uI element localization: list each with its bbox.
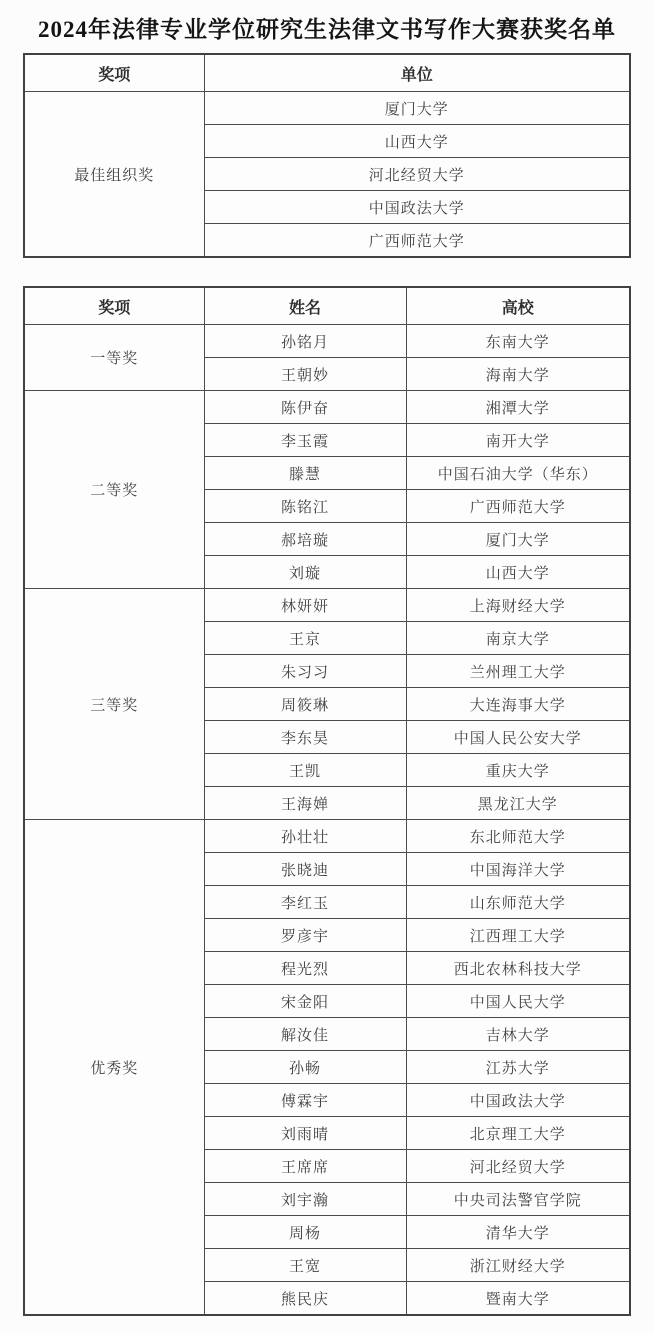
school-cell: 暨南大学 — [406, 1282, 630, 1316]
unit-cell: 河北经贸大学 — [204, 158, 630, 191]
school-cell: 海南大学 — [406, 358, 630, 391]
unit-cell: 中国政法大学 — [204, 191, 630, 224]
school-cell: 中国人民公安大学 — [406, 721, 630, 754]
name-cell: 朱习习 — [204, 655, 406, 688]
name-cell: 刘雨晴 — [204, 1117, 406, 1150]
document-page: 2024年法律专业学位研究生法律文书写作大赛获奖名单 奖项 单位 最佳组织奖厦门… — [0, 0, 654, 1316]
school-cell: 中国海洋大学 — [406, 853, 630, 886]
unit-cell: 厦门大学 — [204, 92, 630, 125]
winners-header-name: 姓名 — [204, 287, 406, 325]
name-cell: 王朝妙 — [204, 358, 406, 391]
school-cell: 清华大学 — [406, 1216, 630, 1249]
school-cell: 湘潭大学 — [406, 391, 630, 424]
name-cell: 孙铭月 — [204, 325, 406, 358]
unit-cell: 山西大学 — [204, 125, 630, 158]
name-cell: 张晓迪 — [204, 853, 406, 886]
winner-row: 优秀奖孙壮壮东北师范大学 — [24, 820, 630, 853]
school-cell: 厦门大学 — [406, 523, 630, 556]
winner-row: 二等奖陈伊奋湘潭大学 — [24, 391, 630, 424]
winners-table-header-row: 奖项 姓名 高校 — [24, 287, 630, 325]
name-cell: 王京 — [204, 622, 406, 655]
school-cell: 黑龙江大学 — [406, 787, 630, 820]
org-header-unit: 单位 — [204, 54, 630, 92]
award-cell: 最佳组织奖 — [24, 92, 204, 258]
school-cell: 中国石油大学（华东） — [406, 457, 630, 490]
winners-table: 奖项 姓名 高校 一等奖孙铭月东南大学王朝妙海南大学二等奖陈伊奋湘潭大学李玉霞南… — [23, 286, 631, 1316]
org-award-table: 奖项 单位 最佳组织奖厦门大学山西大学河北经贸大学中国政法大学广西师范大学 — [23, 53, 631, 258]
school-cell: 江西理工大学 — [406, 919, 630, 952]
school-cell: 南京大学 — [406, 622, 630, 655]
school-cell: 重庆大学 — [406, 754, 630, 787]
award-cell: 二等奖 — [24, 391, 204, 589]
school-cell: 吉林大学 — [406, 1018, 630, 1051]
school-cell: 中国人民大学 — [406, 985, 630, 1018]
name-cell: 林妍妍 — [204, 589, 406, 622]
name-cell: 孙畅 — [204, 1051, 406, 1084]
school-cell: 中央司法警官学院 — [406, 1183, 630, 1216]
school-cell: 中国政法大学 — [406, 1084, 630, 1117]
name-cell: 刘宇瀚 — [204, 1183, 406, 1216]
school-cell: 江苏大学 — [406, 1051, 630, 1084]
name-cell: 郝培璇 — [204, 523, 406, 556]
name-cell: 解汝佳 — [204, 1018, 406, 1051]
name-cell: 李玉霞 — [204, 424, 406, 457]
page-title: 2024年法律专业学位研究生法律文书写作大赛获奖名单 — [0, 14, 654, 46]
name-cell: 傅霖宇 — [204, 1084, 406, 1117]
award-cell: 一等奖 — [24, 325, 204, 391]
award-cell: 三等奖 — [24, 589, 204, 820]
winner-row: 一等奖孙铭月东南大学 — [24, 325, 630, 358]
name-cell: 王海婵 — [204, 787, 406, 820]
name-cell: 李红玉 — [204, 886, 406, 919]
school-cell: 河北经贸大学 — [406, 1150, 630, 1183]
school-cell: 山东师范大学 — [406, 886, 630, 919]
name-cell: 罗彦宇 — [204, 919, 406, 952]
school-cell: 北京理工大学 — [406, 1117, 630, 1150]
winners-header-award: 奖项 — [24, 287, 204, 325]
school-cell: 广西师范大学 — [406, 490, 630, 523]
name-cell: 滕慧 — [204, 457, 406, 490]
name-cell: 周筱琳 — [204, 688, 406, 721]
org-table-header-row: 奖项 单位 — [24, 54, 630, 92]
name-cell: 陈铭江 — [204, 490, 406, 523]
name-cell: 刘璇 — [204, 556, 406, 589]
school-cell: 上海财经大学 — [406, 589, 630, 622]
name-cell: 陈伊奋 — [204, 391, 406, 424]
name-cell: 程光烈 — [204, 952, 406, 985]
name-cell: 周杨 — [204, 1216, 406, 1249]
school-cell: 西北农林科技大学 — [406, 952, 630, 985]
school-cell: 大连海事大学 — [406, 688, 630, 721]
name-cell: 孙壮壮 — [204, 820, 406, 853]
name-cell: 李东昊 — [204, 721, 406, 754]
unit-cell: 广西师范大学 — [204, 224, 630, 258]
school-cell: 东南大学 — [406, 325, 630, 358]
school-cell: 南开大学 — [406, 424, 630, 457]
name-cell: 熊民庆 — [204, 1282, 406, 1316]
award-cell: 优秀奖 — [24, 820, 204, 1316]
name-cell: 王宽 — [204, 1249, 406, 1282]
winners-header-school: 高校 — [406, 287, 630, 325]
school-cell: 东北师范大学 — [406, 820, 630, 853]
name-cell: 王凯 — [204, 754, 406, 787]
school-cell: 兰州理工大学 — [406, 655, 630, 688]
name-cell: 王席席 — [204, 1150, 406, 1183]
org-table-row: 最佳组织奖厦门大学 — [24, 92, 630, 125]
school-cell: 山西大学 — [406, 556, 630, 589]
name-cell: 宋金阳 — [204, 985, 406, 1018]
org-header-award: 奖项 — [24, 54, 204, 92]
winner-row: 三等奖林妍妍上海财经大学 — [24, 589, 630, 622]
school-cell: 浙江财经大学 — [406, 1249, 630, 1282]
